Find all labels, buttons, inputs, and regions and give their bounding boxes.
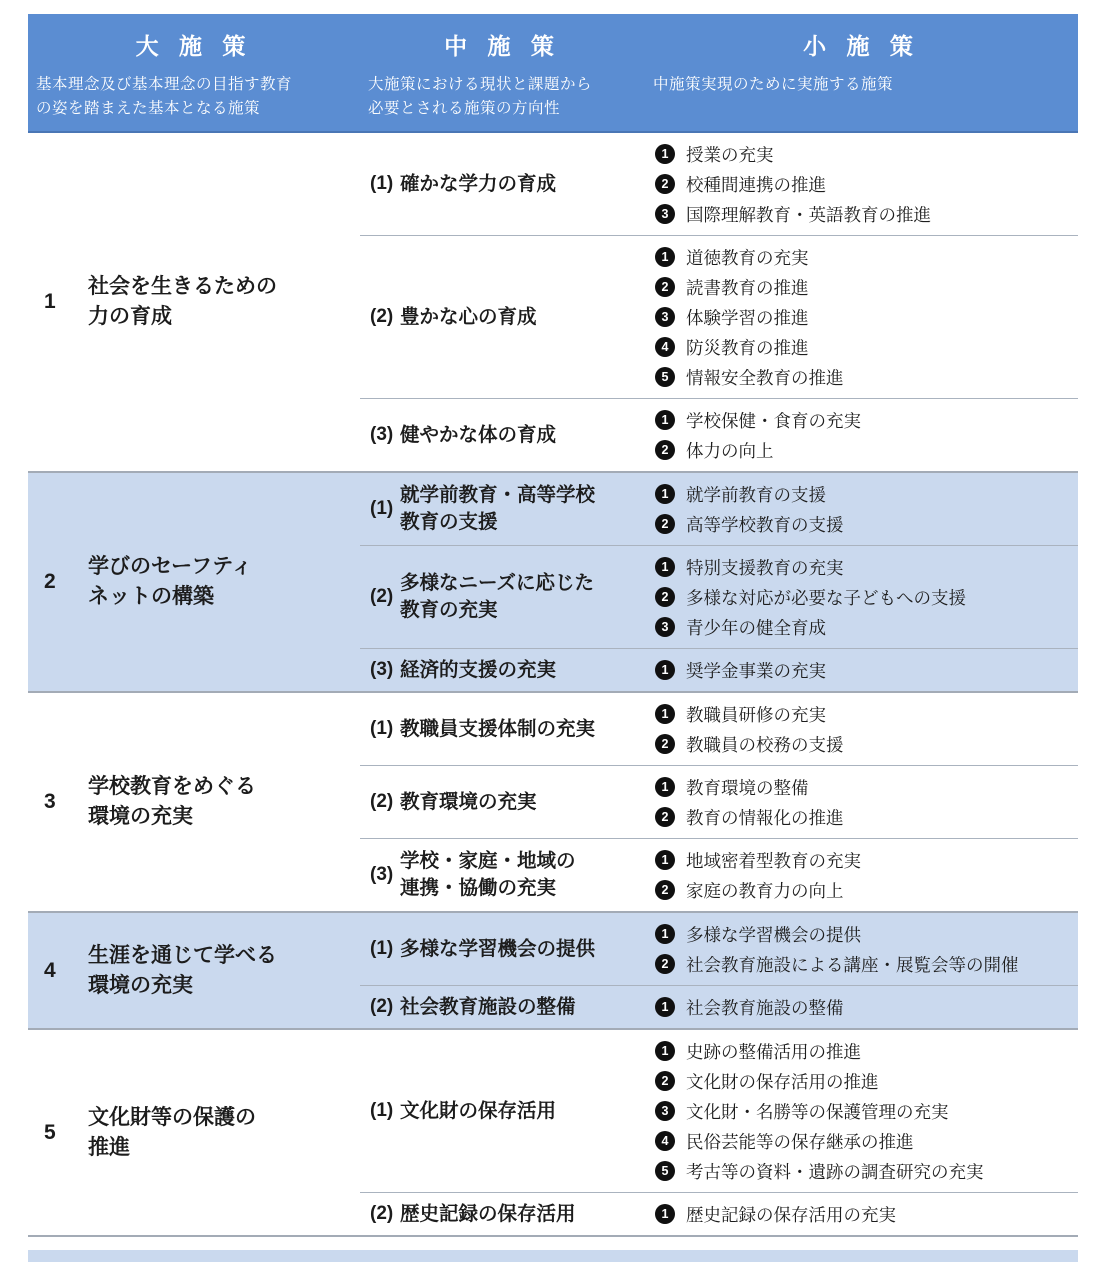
list-item: 2社会教育施設による講座・展覧会等の開催 [655, 949, 1072, 979]
section-rows: (1) 文化財の保存活用 1史跡の整備活用の推進 2文化財の保存活用の推進 3文… [360, 1030, 1078, 1235]
minor-policy-list: 1特別支援教育の充実 2多様な対応が必要な子どもへの支援 3青少年の健全育成 [645, 546, 1078, 648]
section-5: 5 文化財等の保護の 推進 (1) 文化財の保存活用 1史跡の整備活用の推進 2… [28, 1028, 1078, 1235]
mid-policy-row: (3) 学校・家庭・地域の 連携・協働の充実 1地域密着型教育の充実 2家庭の教… [360, 838, 1078, 911]
circled-number-badge: 2 [655, 440, 675, 460]
minor-policy-list: 1社会教育施設の整備 [645, 986, 1078, 1028]
minor-policy-list: 1教職員研修の充実 2教職員の校務の支援 [645, 693, 1078, 765]
header-column-major: 大 施 策 基本理念及び基本理念の目指す教育 の姿を踏まえた基本となる施策 [28, 26, 360, 121]
major-policy-description: 基本理念及び基本理念の目指す教育 の姿を踏まえた基本となる施策 [36, 73, 352, 121]
mid-policy-cell: (3) 健やかな体の育成 [360, 399, 645, 471]
circled-number-badge: 4 [655, 337, 675, 357]
mid-policy-cell: (1) 確かな学力の育成 [360, 133, 645, 235]
circled-number-badge: 1 [655, 777, 675, 797]
mid-policy-row: (1) 確かな学力の育成 1授業の充実 2校種間連携の推進 3国際理解教育・英語… [360, 133, 1078, 235]
mid-policy-row: (2) 多様なニーズに応じた 教育の充実 1特別支援教育の充実 2多様な対応が必… [360, 545, 1078, 648]
circled-number-badge: 3 [655, 617, 675, 637]
circled-number-badge: 1 [655, 1041, 675, 1061]
list-item: 1史跡の整備活用の推進 [655, 1036, 1072, 1066]
section-rows: (1) 確かな学力の育成 1授業の充実 2校種間連携の推進 3国際理解教育・英語… [360, 133, 1078, 471]
list-item: 5情報安全教育の推進 [655, 362, 1072, 392]
mid-policy-cell: (1) 多様な学習機会の提供 [360, 913, 645, 985]
circled-number-badge: 2 [655, 514, 675, 534]
circled-number-badge: 2 [655, 807, 675, 827]
circled-number-badge: 1 [655, 660, 675, 680]
major-policy-cell: 2 学びのセーフティ ネットの構築 [28, 473, 360, 691]
list-item: 2校種間連携の推進 [655, 169, 1072, 199]
minor-policy-list: 1就学前教育の支援 2高等学校教育の支援 [645, 473, 1078, 545]
mid-policy-cell: (2) 社会教育施設の整備 [360, 986, 645, 1028]
mid-policy-row: (2) 社会教育施設の整備 1社会教育施設の整備 [360, 985, 1078, 1028]
list-item: 3青少年の健全育成 [655, 612, 1072, 642]
mid-policy-row: (1) 就学前教育・高等学校 教育の支援 1就学前教育の支援 2高等学校教育の支… [360, 473, 1078, 545]
circled-number-badge: 2 [655, 734, 675, 754]
circled-number-badge: 1 [655, 924, 675, 944]
major-policy-heading: 大 施 策 [36, 28, 352, 61]
mid-policy-cell: (1) 文化財の保存活用 [360, 1030, 645, 1192]
circled-number-badge: 1 [655, 997, 675, 1017]
circled-number-badge: 1 [655, 1204, 675, 1224]
minor-policy-list: 1授業の充実 2校種間連携の推進 3国際理解教育・英語教育の推進 [645, 133, 1078, 235]
list-item: 1教職員研修の充実 [655, 699, 1072, 729]
minor-policy-heading: 小 施 策 [653, 28, 1070, 61]
section-title: 学びのセーフティ ネットの構築 [88, 552, 252, 612]
major-policy-cell: 4 生涯を通じて学べる 環境の充実 [28, 913, 360, 1028]
circled-number-badge: 5 [655, 367, 675, 387]
circled-number-badge: 2 [655, 1071, 675, 1091]
minor-policy-list: 1地域密着型教育の充実 2家庭の教育力の向上 [645, 839, 1078, 911]
section-title: 社会を生きるための 力の育成 [88, 272, 277, 332]
section-number: 2 [44, 570, 88, 594]
major-policy-cell: 3 学校教育をめぐる 環境の充実 [28, 693, 360, 911]
list-item: 1多様な学習機会の提供 [655, 919, 1072, 949]
circled-number-badge: 1 [655, 247, 675, 267]
list-item: 1学校保健・食育の充実 [655, 405, 1072, 435]
circled-number-badge: 1 [655, 557, 675, 577]
list-item: 3国際理解教育・英語教育の推進 [655, 199, 1072, 229]
mid-policy-cell: (1) 就学前教育・高等学校 教育の支援 [360, 473, 645, 545]
mid-policy-cell: (2) 多様なニーズに応じた 教育の充実 [360, 546, 645, 648]
circled-number-badge: 4 [655, 1131, 675, 1151]
list-item: 1授業の充実 [655, 139, 1072, 169]
mid-policy-row: (2) 歴史記録の保存活用 1歴史記録の保存活用の充実 [360, 1192, 1078, 1235]
mid-policy-row: (3) 健やかな体の育成 1学校保健・食育の充実 2体力の向上 [360, 398, 1078, 471]
circled-number-badge: 1 [655, 850, 675, 870]
section-title: 生涯を通じて学べる 環境の充実 [88, 941, 277, 1001]
footer-accent-bar [28, 1250, 1078, 1262]
circled-number-badge: 2 [655, 277, 675, 297]
section-number: 3 [44, 790, 88, 814]
mid-policy-row: (3) 経済的支援の充実 1奨学金事業の充実 [360, 648, 1078, 691]
circled-number-badge: 2 [655, 174, 675, 194]
mid-policy-cell: (2) 歴史記録の保存活用 [360, 1193, 645, 1235]
list-item: 1道徳教育の充実 [655, 242, 1072, 272]
list-item: 3文化財・名勝等の保護管理の充実 [655, 1096, 1072, 1126]
section-number: 4 [44, 959, 88, 983]
header-column-middle: 中 施 策 大施策における現状と課題から 必要とされる施策の方向性 [360, 26, 645, 121]
list-item: 1社会教育施設の整備 [655, 992, 1072, 1022]
list-item: 2多様な対応が必要な子どもへの支援 [655, 582, 1072, 612]
list-item: 5考古等の資料・遺跡の調査研究の充実 [655, 1156, 1072, 1186]
mid-policy-cell: (3) 学校・家庭・地域の 連携・協働の充実 [360, 839, 645, 911]
table-header: 大 施 策 基本理念及び基本理念の目指す教育 の姿を踏まえた基本となる施策 中 … [28, 14, 1078, 133]
section-rows: (1) 教職員支援体制の充実 1教職員研修の充実 2教職員の校務の支援 (2) … [360, 693, 1078, 911]
list-item: 2高等学校教育の支援 [655, 509, 1072, 539]
mid-policy-cell: (2) 豊かな心の育成 [360, 236, 645, 398]
major-policy-cell: 5 文化財等の保護の 推進 [28, 1030, 360, 1235]
mid-policy-cell: (3) 経済的支援の充実 [360, 649, 645, 691]
circled-number-badge: 3 [655, 1101, 675, 1121]
list-item: 4民俗芸能等の保存継承の推進 [655, 1126, 1072, 1156]
circled-number-badge: 1 [655, 704, 675, 724]
list-item: 1歴史記録の保存活用の充実 [655, 1199, 1072, 1229]
section-rows: (1) 就学前教育・高等学校 教育の支援 1就学前教育の支援 2高等学校教育の支… [360, 473, 1078, 691]
minor-policy-list: 1奨学金事業の充実 [645, 649, 1078, 691]
mid-policy-row: (2) 豊かな心の育成 1道徳教育の充実 2読書教育の推進 3体験学習の推進 4… [360, 235, 1078, 398]
mid-policy-row: (2) 教育環境の充実 1教育環境の整備 2教育の情報化の推進 [360, 765, 1078, 838]
minor-policy-description: 中施策実現のために実施する施策 [653, 73, 1070, 97]
minor-policy-list: 1多様な学習機会の提供 2社会教育施設による講座・展覧会等の開催 [645, 913, 1078, 985]
section-number: 1 [44, 290, 88, 314]
list-item: 2教育の情報化の推進 [655, 802, 1072, 832]
minor-policy-list: 1歴史記録の保存活用の充実 [645, 1193, 1078, 1235]
middle-policy-heading: 中 施 策 [368, 28, 637, 61]
minor-policy-list: 1学校保健・食育の充実 2体力の向上 [645, 399, 1078, 471]
section-title: 文化財等の保護の 推進 [88, 1103, 256, 1163]
list-item: 2教職員の校務の支援 [655, 729, 1072, 759]
circled-number-badge: 1 [655, 410, 675, 430]
section-4: 4 生涯を通じて学べる 環境の充実 (1) 多様な学習機会の提供 1多様な学習機… [28, 911, 1078, 1028]
section-rows: (1) 多様な学習機会の提供 1多様な学習機会の提供 2社会教育施設による講座・… [360, 913, 1078, 1028]
mid-policy-row: (1) 多様な学習機会の提供 1多様な学習機会の提供 2社会教育施設による講座・… [360, 913, 1078, 985]
mid-policy-row: (1) 教職員支援体制の充実 1教職員研修の充実 2教職員の校務の支援 [360, 693, 1078, 765]
minor-policy-list: 1教育環境の整備 2教育の情報化の推進 [645, 766, 1078, 838]
list-item: 2文化財の保存活用の推進 [655, 1066, 1072, 1096]
header-column-minor: 小 施 策 中施策実現のために実施する施策 [645, 26, 1078, 121]
mid-policy-cell: (2) 教育環境の充実 [360, 766, 645, 838]
circled-number-badge: 3 [655, 204, 675, 224]
list-item: 1特別支援教育の充実 [655, 552, 1072, 582]
circled-number-badge: 2 [655, 880, 675, 900]
section-2: 2 学びのセーフティ ネットの構築 (1) 就学前教育・高等学校 教育の支援 1… [28, 471, 1078, 691]
minor-policy-list: 1史跡の整備活用の推進 2文化財の保存活用の推進 3文化財・名勝等の保護管理の充… [645, 1030, 1078, 1192]
circled-number-badge: 3 [655, 307, 675, 327]
list-item: 2読書教育の推進 [655, 272, 1072, 302]
major-policy-cell: 1 社会を生きるための 力の育成 [28, 133, 360, 471]
list-item: 2家庭の教育力の向上 [655, 875, 1072, 905]
policy-table: 大 施 策 基本理念及び基本理念の目指す教育 の姿を踏まえた基本となる施策 中 … [28, 14, 1078, 1237]
list-item: 3体験学習の推進 [655, 302, 1072, 332]
section-3: 3 学校教育をめぐる 環境の充実 (1) 教職員支援体制の充実 1教職員研修の充… [28, 691, 1078, 911]
section-number: 5 [44, 1121, 88, 1145]
section-title: 学校教育をめぐる 環境の充実 [88, 772, 256, 832]
middle-policy-description: 大施策における現状と課題から 必要とされる施策の方向性 [368, 73, 637, 121]
list-item: 1地域密着型教育の充実 [655, 845, 1072, 875]
circled-number-badge: 5 [655, 1161, 675, 1181]
circled-number-badge: 2 [655, 587, 675, 607]
mid-policy-row: (1) 文化財の保存活用 1史跡の整備活用の推進 2文化財の保存活用の推進 3文… [360, 1030, 1078, 1192]
circled-number-badge: 1 [655, 484, 675, 504]
list-item: 1奨学金事業の充実 [655, 655, 1072, 685]
list-item: 2体力の向上 [655, 435, 1072, 465]
circled-number-badge: 1 [655, 144, 675, 164]
list-item: 4防災教育の推進 [655, 332, 1072, 362]
section-1: 1 社会を生きるための 力の育成 (1) 確かな学力の育成 1授業の充実 2校種… [28, 133, 1078, 471]
circled-number-badge: 2 [655, 954, 675, 974]
mid-policy-cell: (1) 教職員支援体制の充実 [360, 693, 645, 765]
list-item: 1教育環境の整備 [655, 772, 1072, 802]
list-item: 1就学前教育の支援 [655, 479, 1072, 509]
minor-policy-list: 1道徳教育の充実 2読書教育の推進 3体験学習の推進 4防災教育の推進 5情報安… [645, 236, 1078, 398]
